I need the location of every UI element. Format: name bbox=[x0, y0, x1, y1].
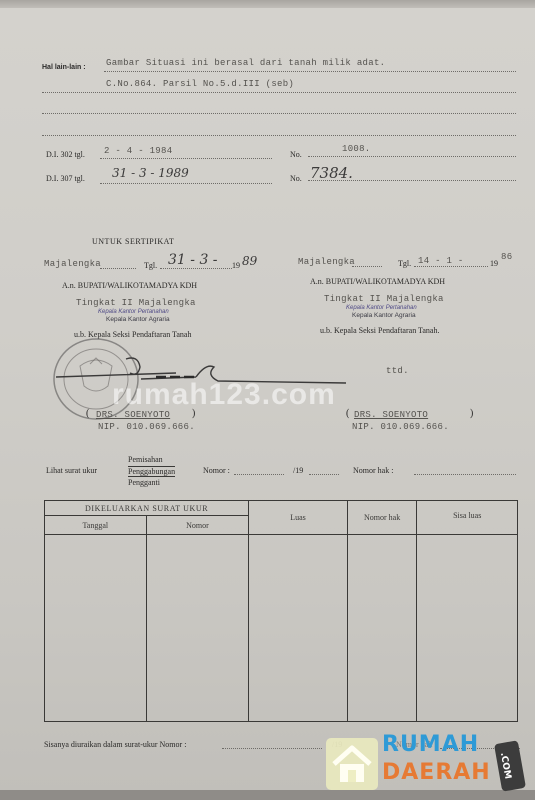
dotted-line bbox=[414, 474, 516, 475]
col-tanggal: Tanggal bbox=[45, 516, 147, 535]
right-nip: NIP. 010.069.666. bbox=[352, 422, 449, 432]
cell-luas bbox=[249, 535, 348, 722]
nomor-hak-label: Nomor hak : bbox=[353, 466, 393, 475]
dikeluarkan-header: DIKELUARKAN SURAT UKUR bbox=[45, 501, 249, 516]
dotted-line bbox=[308, 180, 516, 181]
right-tingkat: Tingkat II Majalengka bbox=[324, 294, 444, 304]
hal-lain-lain-line2: C.No.864. Parsil No.5.d.III (seb) bbox=[106, 79, 294, 89]
col-nomor: Nomor bbox=[146, 516, 249, 535]
right-year-prefix: 19 bbox=[490, 259, 498, 268]
sisanya-label: Sisanya diuraikan dalam surat-ukur Nomor… bbox=[44, 740, 186, 749]
photo-bottom-edge bbox=[0, 790, 535, 800]
rumahdaerah-logo-bottom: DAERAH bbox=[382, 760, 491, 785]
option-pemisahan: Pemisahan bbox=[128, 455, 163, 464]
left-nip: NIP. 010.069.666. bbox=[98, 422, 195, 432]
right-paren-close: ) bbox=[470, 408, 473, 419]
dotted-line bbox=[100, 183, 272, 184]
di302-no-value: 1008. bbox=[342, 144, 371, 154]
nomor-label: Nomor : bbox=[203, 466, 230, 475]
left-year-prefix: 19 bbox=[232, 261, 240, 270]
cell-sisa-luas bbox=[417, 535, 518, 722]
di307-no-label: No. bbox=[290, 174, 302, 183]
right-date: 14 - 1 - bbox=[418, 256, 464, 266]
dotted-line bbox=[100, 268, 136, 269]
left-tingkat: Tingkat II Majalengka bbox=[76, 298, 196, 308]
rumahdaerah-logo-top: RUMAH bbox=[382, 732, 479, 757]
dotted-line bbox=[100, 158, 272, 159]
left-official: A.n. BUPATI/WALIKOTAMADYA KDH bbox=[62, 281, 197, 290]
dotted-line bbox=[42, 92, 516, 93]
di307-label: D.I. 307 tgl. bbox=[46, 174, 85, 183]
dotted-line bbox=[42, 135, 516, 136]
lihat-surat-ukur-label: Lihat surat ukur bbox=[46, 466, 97, 475]
rumahdaerah-com-text: .COM bbox=[498, 752, 512, 780]
rumah123-watermark: rumah123.com bbox=[112, 378, 336, 412]
year-label: /19 bbox=[293, 466, 303, 475]
rumahdaerah-logo-box bbox=[326, 738, 378, 790]
option-pengganti: Pengganti bbox=[128, 478, 160, 487]
right-ub: u.b. Kepala Seksi Pendaftaran Tanah. bbox=[320, 326, 439, 335]
right-tgl-label: Tgl. bbox=[398, 259, 411, 268]
right-ttd: ttd. bbox=[386, 366, 409, 376]
hal-lain-lain-line1: Gambar Situasi ini berasal dari tanah mi… bbox=[106, 58, 385, 68]
left-year-suffix: 89 bbox=[242, 254, 257, 268]
cell-tanggal bbox=[45, 535, 147, 722]
cell-nomor-hak bbox=[347, 535, 417, 722]
right-year-suffix: 86 bbox=[501, 252, 512, 262]
dotted-line bbox=[308, 156, 516, 157]
right-stamp-pertanahan: Kepala Kantor Pertanahan bbox=[346, 305, 417, 311]
di302-label: D.I. 302 tgl. bbox=[46, 150, 85, 159]
col-luas: Luas bbox=[249, 501, 348, 535]
option-penggabungan: Penggabungan bbox=[128, 466, 175, 477]
dotted-line bbox=[352, 266, 382, 267]
left-place: Majalengka bbox=[44, 259, 101, 269]
di302-date: 2 - 4 - 1984 bbox=[104, 146, 172, 156]
dotted-line bbox=[42, 113, 516, 114]
left-tgl-label: Tgl. bbox=[144, 261, 157, 270]
surat-ukur-table: DIKELUARKAN SURAT UKUR Luas Nomor hak Si… bbox=[44, 500, 518, 722]
right-stamp-agraria: Kepala Kantor Agraria bbox=[352, 312, 416, 319]
col-nomor-hak: Nomor hak bbox=[347, 501, 417, 535]
cell-nomor bbox=[146, 535, 249, 722]
dotted-line bbox=[222, 748, 322, 749]
left-date: 31 - 3 - bbox=[168, 252, 218, 268]
col-sisa-luas: Sisa luas bbox=[417, 501, 518, 535]
left-stamp-pertanahan: Kepala Kantor Pertanahan bbox=[98, 309, 169, 315]
left-stamp-agraria: Kepala Kantor Agraria bbox=[106, 316, 170, 323]
right-official: A.n. BUPATI/WALIKOTAMADYA KDH bbox=[310, 277, 445, 286]
dotted-line bbox=[160, 268, 232, 269]
right-place: Majalengka bbox=[298, 257, 355, 267]
house-icon bbox=[326, 738, 378, 790]
left-paren-open: ( bbox=[86, 408, 89, 419]
right-name: DRS. SOENYOTO bbox=[354, 410, 428, 420]
dotted-line bbox=[234, 474, 284, 475]
di302-no-label: No. bbox=[290, 150, 302, 159]
dotted-line bbox=[309, 474, 339, 475]
dotted-line bbox=[414, 266, 488, 267]
untuk-sertipikat-heading: UNTUK SERTIPIKAT bbox=[92, 237, 174, 246]
hal-lain-lain-label: Hal lain-lain : bbox=[42, 64, 86, 71]
right-paren-open: ( bbox=[346, 408, 349, 419]
dotted-line bbox=[104, 71, 516, 72]
di307-date: 31 - 3 - 1989 bbox=[112, 166, 189, 180]
